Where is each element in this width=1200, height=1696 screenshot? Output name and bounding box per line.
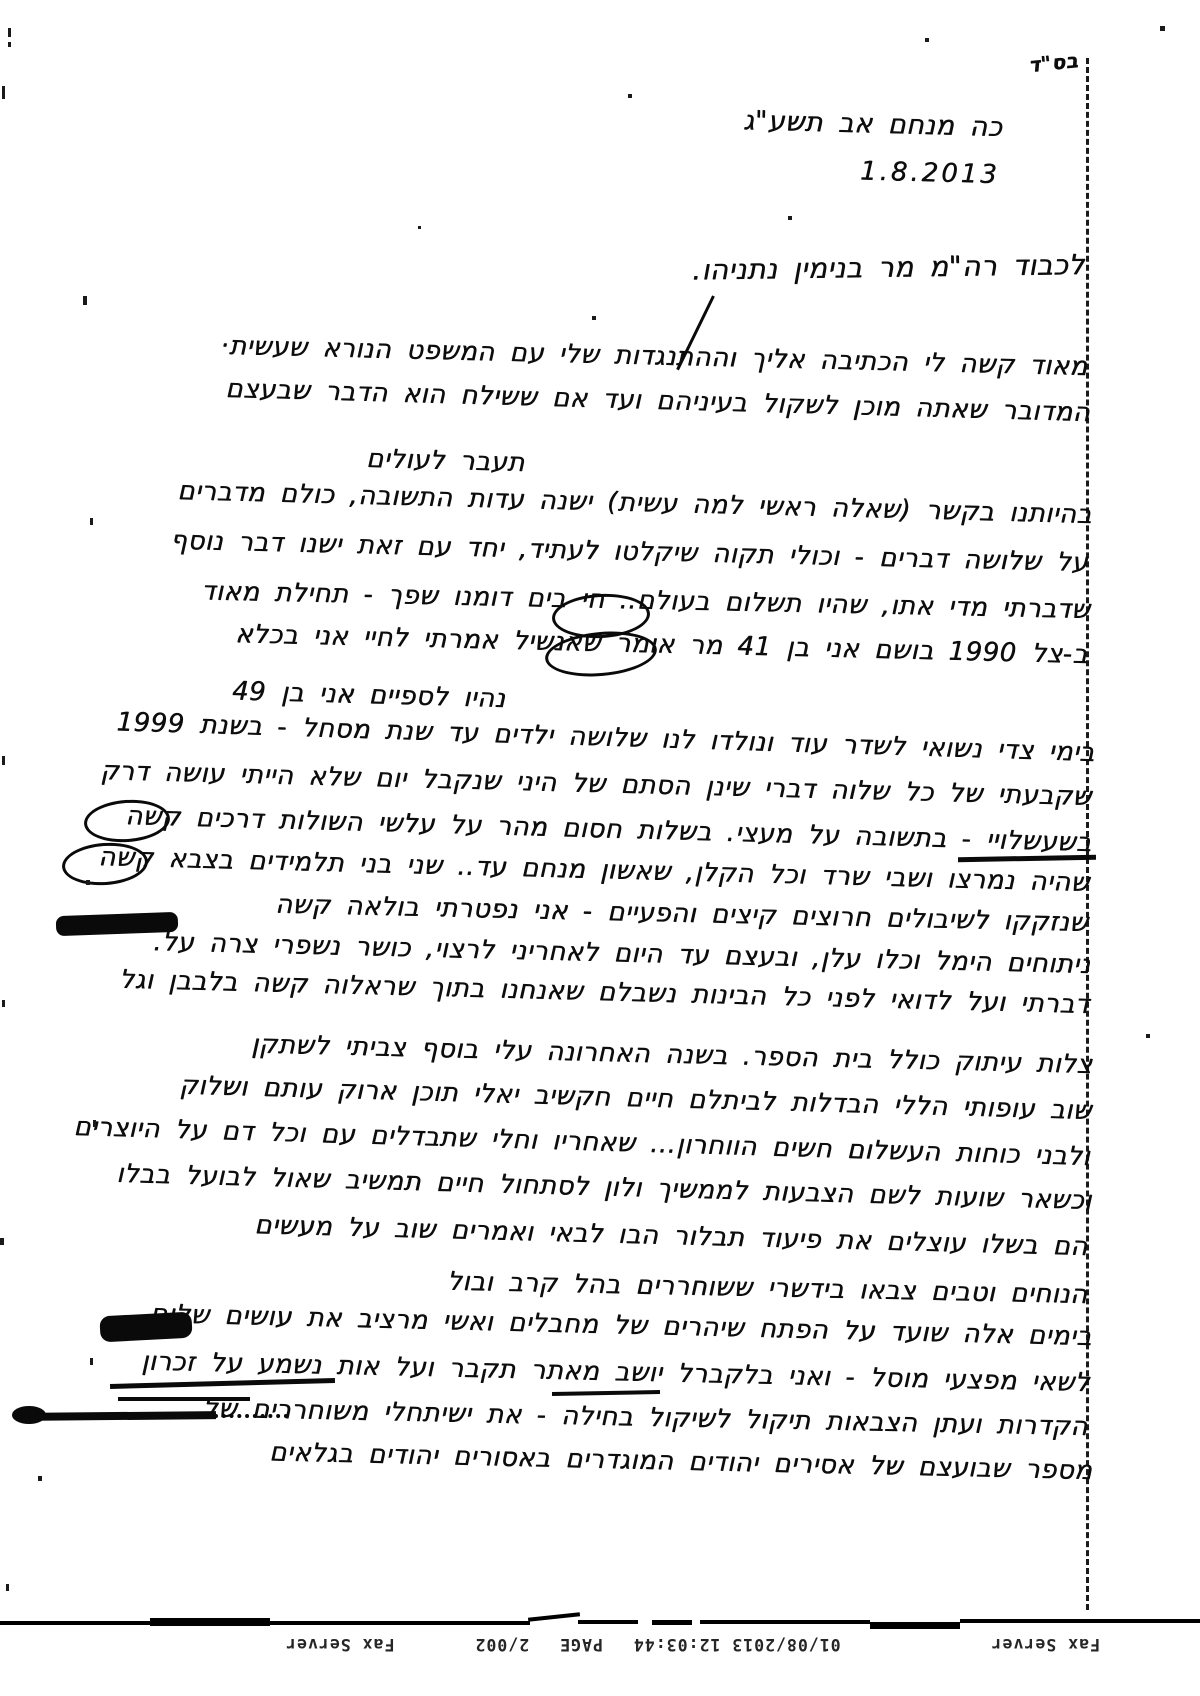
fax-datetime: 01/08/2013 12:03:44 bbox=[633, 1636, 841, 1655]
scan-speck bbox=[788, 216, 792, 220]
scan-speck bbox=[8, 42, 11, 47]
handwritten-line: הקדרות ועתן הצבאות תיקול לשיקול בחילה - … bbox=[194, 1393, 1088, 1442]
underline-annotation bbox=[552, 1390, 660, 1396]
strike-annotation bbox=[110, 1378, 335, 1389]
scan-speck bbox=[6, 1584, 9, 1591]
fax-page-number: 2/002 bbox=[474, 1636, 529, 1655]
handwritten-line: תעבר לעולים bbox=[366, 444, 526, 478]
greeting-line: לכבוד רה"מ מר בנימין נתניהו. bbox=[692, 248, 1085, 286]
ink-smear bbox=[99, 1312, 192, 1343]
strike-annotation bbox=[24, 1411, 216, 1421]
dotted-trail bbox=[214, 1414, 288, 1418]
bottom-scan-line bbox=[528, 1612, 580, 1621]
ink-smear bbox=[56, 912, 179, 936]
dash-annotation bbox=[958, 855, 1096, 862]
handwritten-line: נהיו לספיים אני בן 49 bbox=[231, 676, 505, 714]
scan-speck bbox=[2, 756, 5, 765]
scan-speck bbox=[93, 1120, 96, 1127]
underline-annotation bbox=[118, 1397, 250, 1401]
scan-speck bbox=[628, 94, 632, 98]
scan-speck bbox=[925, 38, 929, 42]
scan-speck bbox=[592, 316, 596, 320]
ink-smear bbox=[12, 1406, 46, 1424]
handwritten-line: ב-צל 1990 בושם אני בן 41 מר אומר שאנשיל … bbox=[235, 619, 1088, 670]
handwritten-line: הם בשלו עוצלים את פיעוד תבלור הבו לבאי ו… bbox=[254, 1210, 1088, 1262]
handwritten-line: שוב עופותי הללי הבדלות לביתלם חיים חקשיב… bbox=[179, 1071, 1092, 1126]
hebrew-date-line: כה מנחם אב תשע"ג bbox=[742, 105, 1002, 143]
circle-annotation bbox=[83, 797, 172, 845]
scan-speck bbox=[2, 86, 5, 99]
handwritten-line: מאוד קשה לי הכתיבה אליך וההתנגדות שלי עם… bbox=[220, 331, 1088, 382]
scanned-letter-page: בס"ד כה מנחם אב תשע"ג 1.8.2013 לכבוד רה"… bbox=[0, 0, 1200, 1696]
handwritten-line: על שלושה דברים - וכולי תקוה שיקלטו לעתיד… bbox=[170, 526, 1089, 578]
scan-speck bbox=[1146, 1034, 1150, 1038]
handwritten-line: הנוחים וטבים צבאו בידשרי ששוחררים בהל קר… bbox=[447, 1267, 1088, 1310]
bottom-scan-line bbox=[270, 1621, 530, 1625]
handwritten-line: שנזקקו לשיבולים חרוצים קיצים והפעיים - א… bbox=[275, 890, 1089, 938]
circle-annotation bbox=[61, 840, 150, 888]
scan-speck bbox=[1160, 26, 1165, 31]
bottom-scan-line bbox=[652, 1620, 692, 1625]
bottom-scan-line bbox=[960, 1619, 1200, 1623]
scan-speck bbox=[8, 28, 11, 37]
handwritten-line: המדובר שאתה מוכן לשקול בעיניהם ועד אם שש… bbox=[225, 374, 1091, 428]
handwritten-line: צלות עיתוק כולל בית הספר. בשנה האחרונה ע… bbox=[250, 1029, 1092, 1080]
scan-speck bbox=[0, 1238, 4, 1245]
scan-speck bbox=[38, 1476, 42, 1481]
scan-speck bbox=[86, 880, 90, 885]
handwritten-line: בימי צדי נשואי לשדר עוד ונולדו לנו שלושה… bbox=[116, 707, 1095, 768]
fax-page-label: PAGE bbox=[559, 1636, 603, 1655]
corner-note-bsd: בס"ד bbox=[1027, 48, 1079, 77]
bottom-scan-line bbox=[150, 1618, 270, 1626]
scan-speck bbox=[418, 226, 421, 229]
scan-speck bbox=[90, 1358, 93, 1365]
fax-server-label-right: Fax Server bbox=[991, 1636, 1100, 1655]
bottom-scan-line bbox=[870, 1622, 960, 1629]
fax-footer: Fax Server 01/08/2013 12:03:44 PAGE 2/00… bbox=[170, 1632, 1100, 1658]
bottom-scan-line bbox=[700, 1620, 870, 1624]
scan-speck bbox=[90, 518, 93, 525]
bottom-scan-line bbox=[578, 1620, 638, 1624]
bottom-scan-line bbox=[0, 1621, 150, 1625]
scan-speck bbox=[2, 1000, 5, 1007]
handwritten-line: בהיותנו בקשר (שאלה ראשי למה עשית) ישנה ע… bbox=[177, 476, 1092, 530]
fax-server-label-left: Fax Server bbox=[285, 1636, 394, 1655]
scan-speck bbox=[83, 296, 87, 305]
numeric-date-line: 1.8.2013 bbox=[860, 156, 1001, 190]
handwritten-line: מספר שבועצם של אסירים יהודים המוגדרים בא… bbox=[269, 1437, 1093, 1486]
